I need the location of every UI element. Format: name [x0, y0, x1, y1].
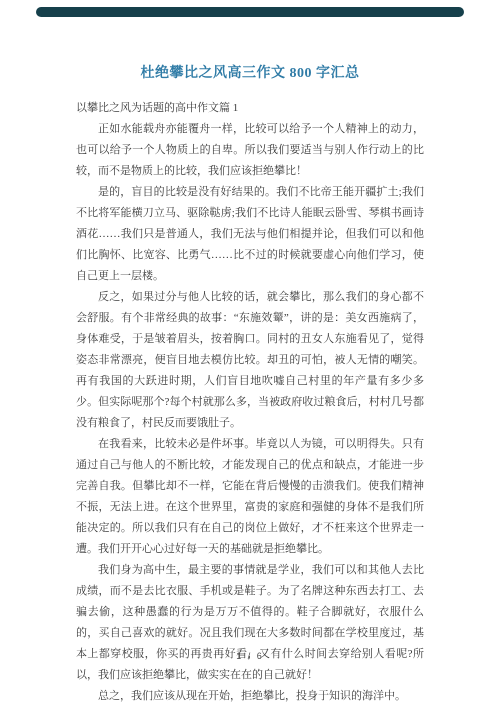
essay-paragraph: 正如水能载舟亦能覆舟一样，比较可以给予一个人精神上的动力，也可以给予一个人物质上… [76, 119, 424, 182]
essay-paragraph: 总之，我们应该从现在开始，拒绝攀比，投身于知识的海洋中。 [76, 686, 424, 707]
essay-paragraph: 反之，如果过分与他人比较的话，就会攀比，那么我们的身心都不会舒服。有个非常经典的… [76, 287, 424, 434]
essay-paragraph: 在我看来，比较未必是件坏事。毕竟以人为镜，可以明得失。只有通过自己与他人的不断比… [76, 434, 424, 560]
page-indicator: 1 / 6 [0, 651, 500, 661]
essay-body: 以攀比之风为话题的高中作文篇 1 正如水能载舟亦能覆舟一样，比较可以给予一个人精… [76, 98, 424, 707]
essay-paragraph: 我们身为高中生，最主要的事情就是学业，我们可以和其他人去比成绩，而不是去比衣服、… [76, 560, 424, 686]
top-bar [36, 7, 464, 17]
essay-paragraphs: 正如水能载舟亦能覆舟一样，比较可以给予一个人精神上的动力，也可以给予一个人物质上… [76, 119, 424, 707]
essay-paragraph: 是的，盲目的比较是没有好结果的。我们不比帝王能开疆扩土;我们不比将军能横刀立马、… [76, 182, 424, 287]
document-page: 杜绝攀比之风高三作文 800 字汇总 以攀比之风为话题的高中作文篇 1 正如水能… [0, 0, 500, 707]
essay-subtitle: 以攀比之风为话题的高中作文篇 1 [76, 98, 424, 119]
